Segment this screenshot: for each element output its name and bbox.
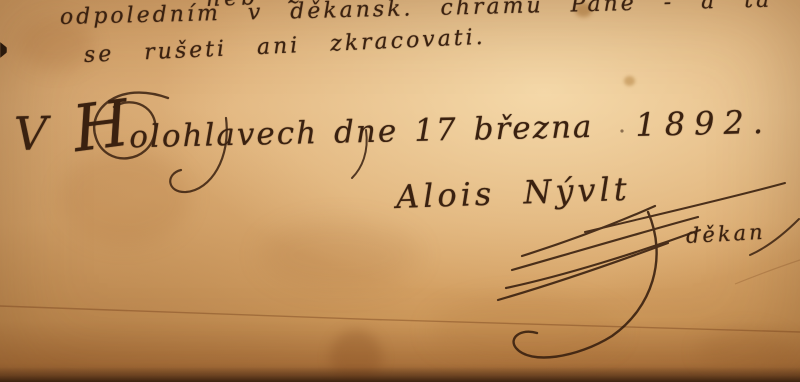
body-line-2: se rušeti ani zkracovati. bbox=[83, 25, 486, 68]
foxing-stain bbox=[430, 298, 620, 363]
signature-paraph bbox=[498, 243, 668, 300]
dateline-word-dne: dne bbox=[334, 113, 399, 150]
document-photo: neb ž odpoledním v děkansk. chrámu Páně … bbox=[0, 0, 800, 382]
dateline-place-initial: H bbox=[69, 87, 134, 167]
dateline: V H olohlavech dne 17 března 1892. bbox=[13, 69, 772, 166]
paper-crease bbox=[0, 306, 800, 332]
photo-edge-artifact bbox=[0, 42, 7, 58]
body-line-1: odpoledním v děkansk. chrámu Páně - a ta… bbox=[60, 0, 800, 30]
signature-paraph bbox=[512, 217, 698, 270]
dateline-preposition: V bbox=[14, 106, 48, 161]
dateline-day: 17 bbox=[414, 112, 458, 149]
dateline-year: 1892. bbox=[635, 103, 772, 144]
signature-paraph bbox=[506, 230, 700, 288]
foxing-stain bbox=[260, 220, 420, 290]
crease-branch bbox=[735, 260, 800, 284]
paraph-descender bbox=[514, 212, 657, 357]
foxing-stain bbox=[698, 330, 793, 372]
signer-title: děkan bbox=[685, 220, 766, 248]
signature-paraph bbox=[522, 206, 655, 256]
dateline-place-rest: olohlavech bbox=[129, 115, 319, 155]
photo-bottom-edge bbox=[0, 367, 800, 382]
signature-name: Alois Nývlt bbox=[395, 170, 631, 216]
dateline-month: března bbox=[473, 109, 594, 148]
